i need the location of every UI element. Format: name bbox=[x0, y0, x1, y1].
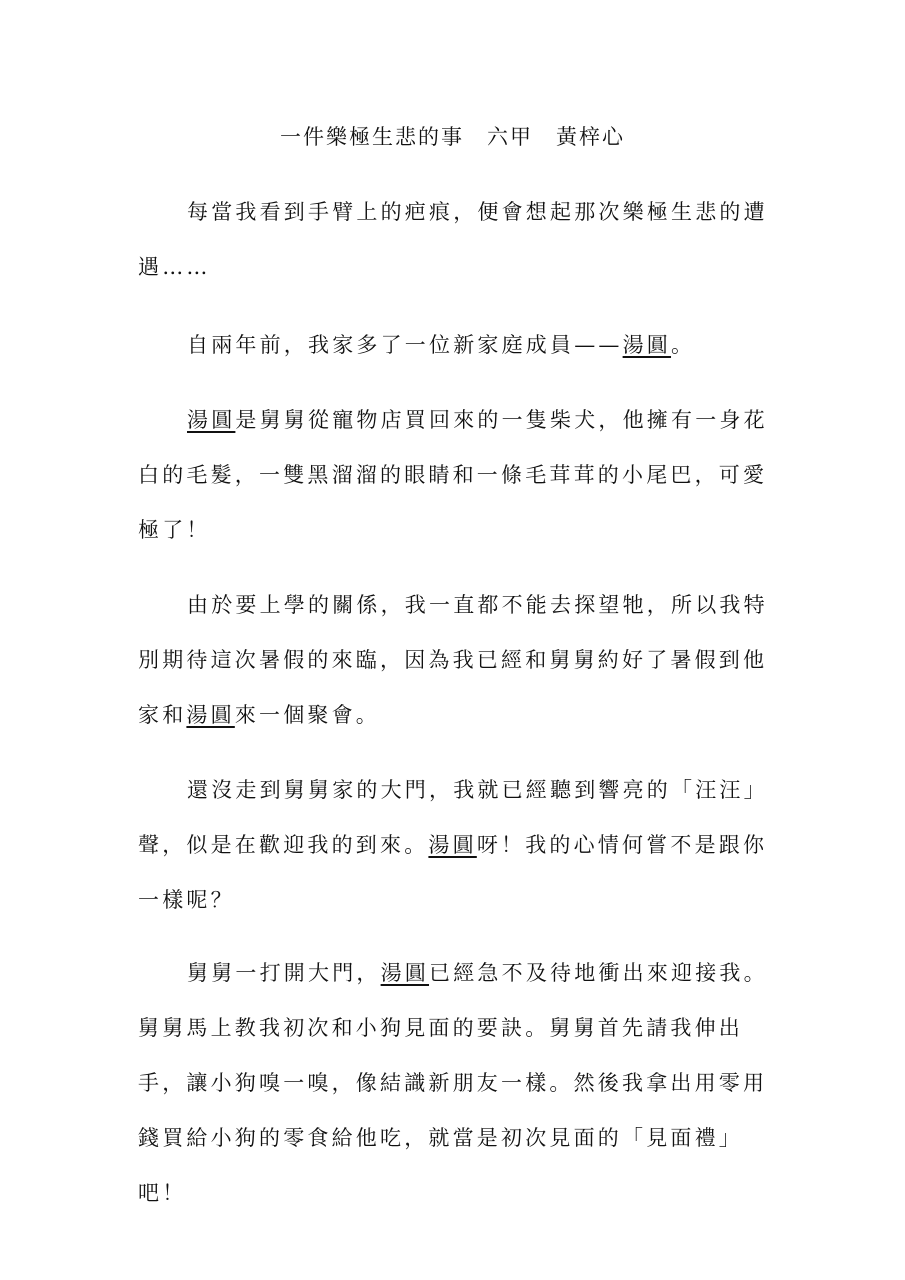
essay-body-p3: 湯圓是舅舅從寵物店買回來的一隻柴犬，他擁有一身花白的毛髮，一雙黑溜溜的眼睛和一條… bbox=[138, 393, 770, 558]
paragraph-4: 由於要上學的關係，我一直都不能去探望牠，所以我特別期待這次暑假的來臨，因為我已經… bbox=[138, 578, 770, 743]
text-segment: 每當我看到手臂上的疤痕，便會想起那次樂極生悲的遭遇…… bbox=[138, 200, 768, 279]
essay-body-p2: 自兩年前，我家多了一位新家庭成員——湯圓。 bbox=[138, 318, 770, 373]
essay-title: 一件樂極生悲的事 六甲 黃梓心 bbox=[0, 122, 905, 152]
paragraph-1: 每當我看到手臂上的疤痕，便會想起那次樂極生悲的遭遇…… bbox=[138, 185, 770, 295]
paragraph-6: 舅舅一打開大門，湯圓已經急不及待地衝出來迎接我。舅舅馬上教我初次和小狗見面的要訣… bbox=[138, 946, 788, 1221]
essay-body-p5: 還沒走到舅舅家的大門，我就已經聽到響亮的「汪汪」聲，似是在歡迎我的到來。湯圓呀！… bbox=[138, 763, 770, 928]
paragraph-2: 自兩年前，我家多了一位新家庭成員——湯圓。 bbox=[138, 318, 770, 373]
document-page: 一件樂極生悲的事 六甲 黃梓心 每當我看到手臂上的疤痕，便會想起那次樂極生悲的遭… bbox=[0, 0, 905, 1280]
pet-name-underlined: 湯圓 bbox=[623, 333, 671, 357]
text-segment: 已經急不及待地衝出來迎接我。舅舅馬上教我初次和小狗見面的要訣。舅舅首先請我伸出手… bbox=[138, 961, 768, 1205]
pet-name-underlined: 湯圓 bbox=[186, 703, 234, 727]
paragraph-3: 湯圓是舅舅從寵物店買回來的一隻柴犬，他擁有一身花白的毛髮，一雙黑溜溜的眼睛和一條… bbox=[138, 393, 770, 558]
text-segment: 自兩年前，我家多了一位新家庭成員—— bbox=[187, 333, 623, 357]
essay-body-p4: 由於要上學的關係，我一直都不能去探望牠，所以我特別期待這次暑假的來臨，因為我已經… bbox=[138, 578, 770, 743]
essay-body: 每當我看到手臂上的疤痕，便會想起那次樂極生悲的遭遇…… bbox=[138, 185, 770, 295]
pet-name-underlined: 湯圓 bbox=[187, 408, 235, 432]
text-segment: 舅舅一打開大門， bbox=[187, 961, 381, 985]
pet-name-underlined: 湯圓 bbox=[428, 833, 476, 857]
text-segment: 。 bbox=[671, 333, 695, 357]
paragraph-5: 還沒走到舅舅家的大門，我就已經聽到響亮的「汪汪」聲，似是在歡迎我的到來。湯圓呀！… bbox=[138, 763, 770, 928]
essay-body-p6: 舅舅一打開大門，湯圓已經急不及待地衝出來迎接我。舅舅馬上教我初次和小狗見面的要訣… bbox=[138, 946, 788, 1221]
text-segment: 來一個聚會。 bbox=[235, 703, 380, 727]
pet-name-underlined: 湯圓 bbox=[381, 961, 429, 985]
